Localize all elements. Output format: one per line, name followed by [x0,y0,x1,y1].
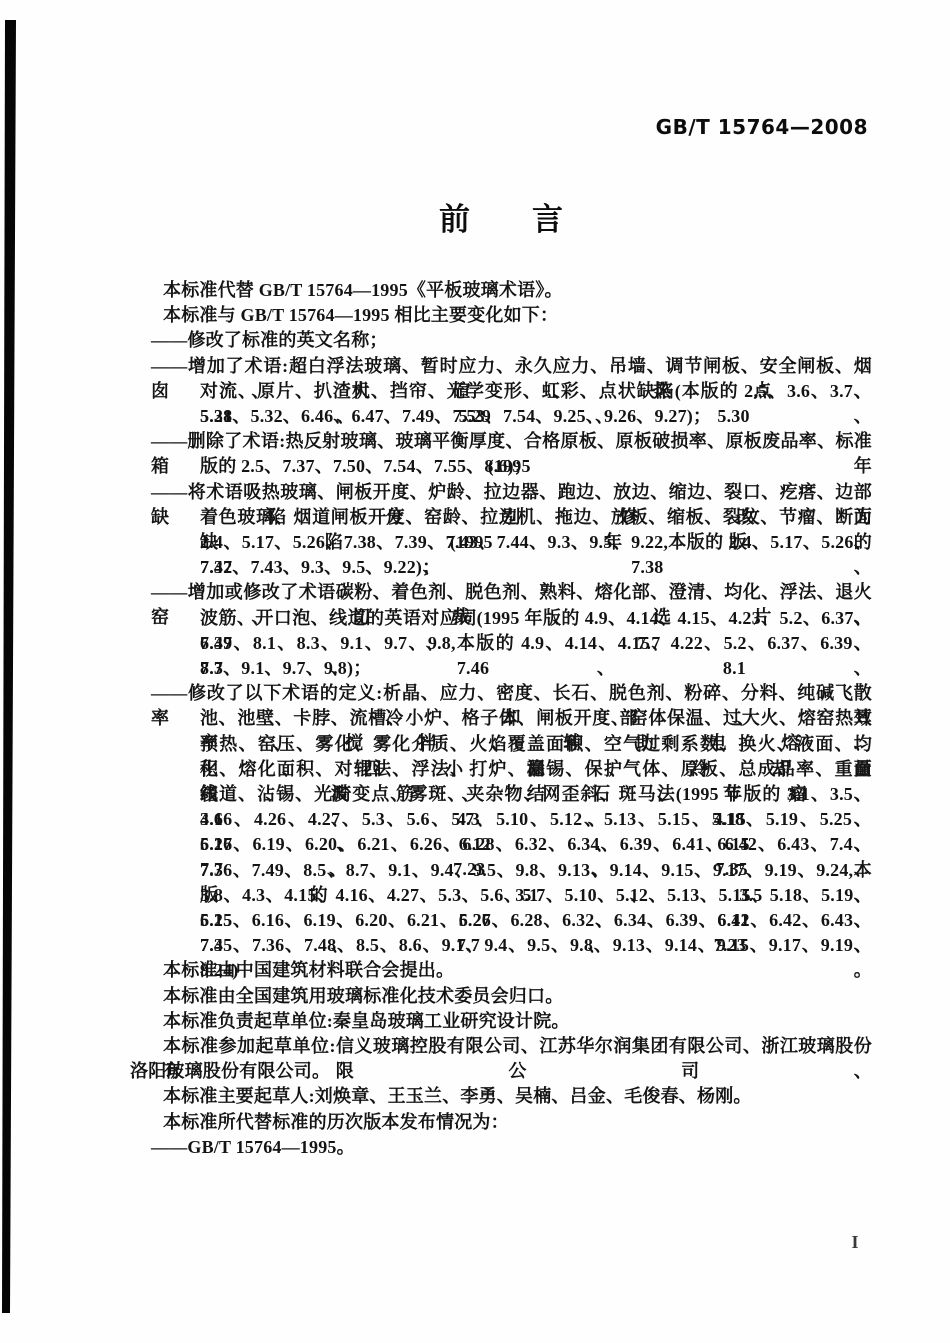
foreword-line: 对流、原片、扒渣机、挡帘、光学变形、虹彩、点状缺陷(本版的 2.5、3.6、3.… [200,379,872,404]
foreword-line: 7.47、8.1、8.3、9.1、9.7、9.8,本版的 4.9、4.14、4.… [200,631,872,656]
foreword-line: 5.31、5.32、6.46、6.47、7.49、7.53、7.54、9.25、… [200,404,872,429]
foreword-line: 本标准与 GB/T 15764—1995 相比主要变化如下： [163,303,872,328]
foreword-line: 池、池壁、卡脖、流槽、小炉、格子体、闸板开度、窑体保温、过大火、熔窑热效率、搅拌… [200,706,872,731]
foreword: 本标准代替 GB/T 15764—1995《平板玻璃术语》。本标准与 GB/T … [0,0,950,1343]
foreword-line: 版的 2.5、7.37、7.50、7.54、7.55、8.6)； [200,454,872,479]
foreword-line: ——修改了标准的英文名称； [151,328,872,353]
foreword-line: 本标准代替 GB/T 15764—1995《平板玻璃术语》。 [163,278,872,303]
foreword-line: ——删除了术语:热反射玻璃、玻璃平衡厚度、合格原板、原板破损率、原板废品率、标准… [151,429,872,454]
foreword-line: 线道、沾锡、光畸变点、雾斑、夹杂物、网歪斜、斑马法(1995 年版的 3.1、3… [200,782,872,807]
foreword-line: ——GB/T 15764—1995。 [151,1135,872,1160]
foreword-line: 着色玻璃、烟道闸板开度、窑龄、拉边机、拖边、放板、缩板、裂纹、节瘤、断面缺陷(1… [200,505,872,530]
document-page: GB/T 15764—2008 前 言 本标准代替 GB/T 15764—199… [0,0,950,1343]
foreword-line: 3.8、4.3、4.15、4.16、4.27、5.3、5.6、5.7、5.10、… [200,883,872,908]
foreword-line: 7.42、7.43、9.3、9.5、9.22)； [200,555,872,580]
foreword-line: 6.15、6.16、6.19、6.20、6.21、6.26、6.28、6.32、… [200,908,872,933]
foreword-line: 6.16、6.19、6.20、6.21、6.26、6.28、6.32、6.34、… [200,832,872,857]
foreword-line: 4.16、4.26、4.27、5.3、5.6、5.7、5.10、5.12、5.1… [200,807,872,832]
foreword-line: ——将术语吸热玻璃、闸板开度、炉龄、拉边器、跑边、放边、缩边、裂口、疙瘩、边部缺… [151,480,872,505]
foreword-line: 波筋、开口泡、线道的英语对应词(1995 年版的 4.9、4.14、4.15、4… [200,606,872,631]
foreword-line: ——增加了术语:超白浮法玻璃、暂时应力、永久应力、吊墙、调节闸板、安全闸板、烟囱… [151,354,872,379]
foreword-line: 7.36、7.49、8.5、8.7、9.1、9.4、9.5、9.8、9.13、9… [200,858,872,883]
foreword-line: 本标准参加起草单位:信义玻璃控股有限公司、江苏华尔润集团有限公司、浙江玻璃股份有… [163,1034,872,1059]
page-number: I [840,1232,870,1253]
foreword-line: ——修改了以下术语的定义:析晶、应力、密度、长石、脱色剂、粉碎、分料、纯碱飞散率… [151,681,872,706]
foreword-line: ——增加或修改了术语碳粉、着色剂、脱色剂、熟料、熔化部、澄清、均化、浮法、退火窑… [151,580,872,605]
foreword-line: 积、熔化面积、对辊法、浮法、打炉、漏锡、保护气体、原板、总成品率、重量箱、波筋、… [200,757,872,782]
foreword-line: 洛阳玻璃股份有限公司。 [130,1059,872,1084]
foreword-line: 本标准由中国建筑材料联合会提出。 [163,958,872,983]
foreword-line: 8.3、9.1、9.7、9.8)； [200,656,872,681]
foreword-line: 本标准由全国建筑用玻璃标准化技术委员会归口。 [163,984,872,1009]
foreword-line: 2.4、5.17、5.26、7.38、7.39、7.43、7.44、9.3、9.… [200,530,872,555]
foreword-line: 预热、窑压、雾化、雾化介质、火焰覆盖面积、空气过剩系数、换火、液面、均化、四小稳… [200,732,872,757]
foreword-line: 7.35、7.36、7.48、8.5、8.6、9.1、9.4、9.5、9.8、9… [200,933,872,958]
foreword-line: 本标准所代替标准的历次版本发布情况为： [163,1110,872,1135]
foreword-line: 本标准主要起草人:刘焕章、王玉兰、李勇、吴楠、吕金、毛俊春、杨刚。 [163,1084,872,1109]
foreword-line: 本标准负责起草单位:秦皇岛玻璃工业研究设计院。 [163,1009,872,1034]
